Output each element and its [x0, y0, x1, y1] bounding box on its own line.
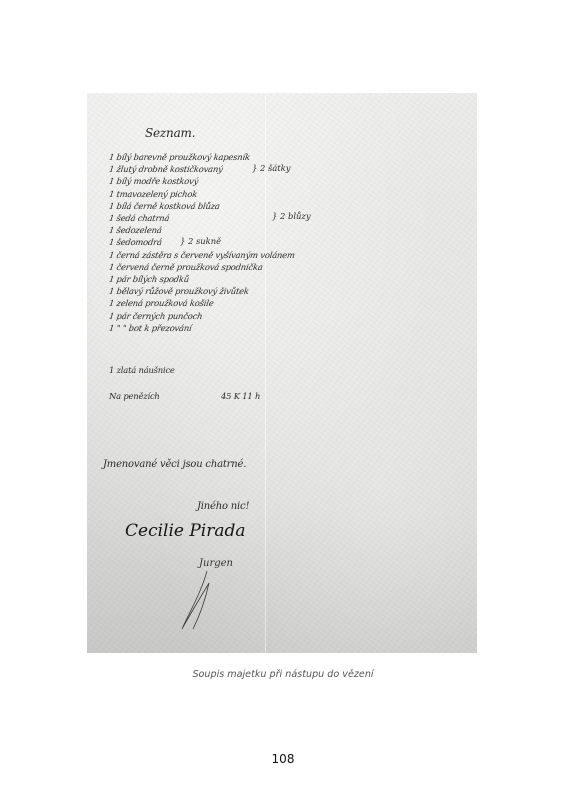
- list-item: 1 bílý barevně proužkový kapesník: [108, 151, 295, 163]
- nothing-else-note: Jiného nic!: [197, 501, 249, 512]
- page-number: 108: [0, 752, 566, 766]
- money-amount: 45 K 11 h: [221, 391, 260, 401]
- money-label: Na penězích: [109, 391, 160, 401]
- list-item: 1 zelená proužková košile: [108, 297, 295, 309]
- signature-flourish: [179, 563, 249, 633]
- list-item: 1 černá zástěra s červeně vyšívaným volá…: [108, 249, 295, 261]
- list-item: 1 pár černých punčoch: [108, 310, 295, 322]
- list-item: 1 šedá chatrná: [108, 212, 295, 224]
- condition-note: Jmenované věci jsou chatrné.: [103, 459, 246, 470]
- list-item: 1 šedozelená: [108, 224, 295, 236]
- money-line: Na penězích 45 K 11 h: [109, 391, 160, 401]
- list-item: 1 bělavý růžově proužkový živůtek: [108, 285, 295, 297]
- list-title: Seznam.: [145, 126, 195, 140]
- list-item: 1 pár bílých spodků: [108, 273, 295, 285]
- bracket-skirts: } 2 sukně: [180, 236, 221, 246]
- bracket-scarves: } 2 šátky: [252, 163, 290, 173]
- photo-caption: Soupis majetku při nástupu do vězení: [0, 669, 566, 680]
- list-item: 1 bílá černě kostková blůza: [108, 200, 295, 212]
- document-photo: Seznam. 1 bílý barevně proužkový kapesní…: [87, 93, 477, 653]
- list-item: 1 bílý modře kostkový: [108, 175, 295, 187]
- gold-earring-item: 1 zlatá náušnice: [109, 365, 175, 375]
- bracket-blouses: } 2 blůzy: [272, 211, 311, 221]
- list-item: 1 " " bot k přezování: [108, 322, 295, 334]
- list-item: 1 červená černě proužková spodnička: [108, 261, 295, 273]
- signature: Cecilie Pirada: [125, 521, 246, 541]
- list-item: 1 tmavozelený pichok: [108, 188, 295, 200]
